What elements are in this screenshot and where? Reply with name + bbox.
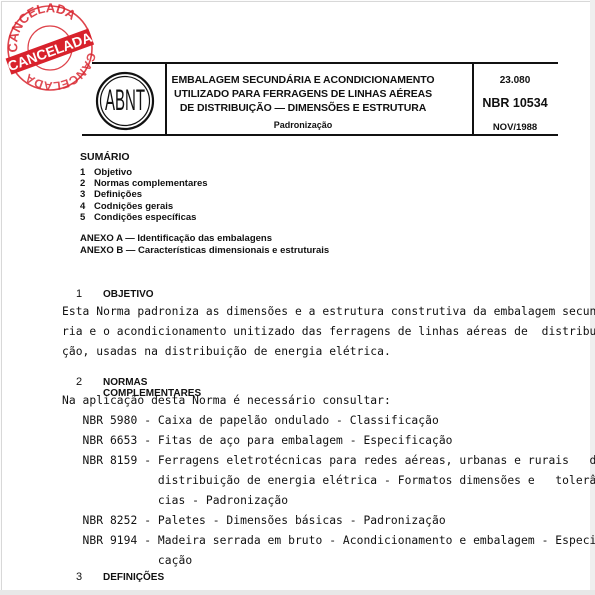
page-bottom-edge bbox=[0, 590, 595, 595]
text-line: ção, usadas na distribuição de energia e… bbox=[62, 342, 595, 362]
classification-code: 23.080 bbox=[474, 75, 556, 86]
text-line: NBR 8252 - Paletes - Dimensões básicas -… bbox=[62, 511, 595, 531]
summary-item: 3Definições bbox=[80, 189, 208, 200]
header-top-rule bbox=[92, 62, 558, 64]
text-line: cação bbox=[62, 551, 595, 571]
document-subtitle: Padronização bbox=[168, 120, 438, 130]
summary-title: SUMÁRIO bbox=[80, 151, 130, 163]
annex-list: ANEXO A — Identificação das embalagens A… bbox=[80, 233, 329, 256]
summary-item: 5Condições específicas bbox=[80, 212, 208, 223]
publication-date: NOV/1988 bbox=[474, 122, 556, 133]
document-title: EMBALAGEM SECUNDÁRIA E ACONDICIONAMENTO … bbox=[168, 73, 438, 115]
text-line: ria e o acondicionamento unitizado das f… bbox=[62, 322, 595, 342]
text-line: NBR 6653 - Fitas de aço para embalagem -… bbox=[62, 431, 595, 451]
text-line: Esta Norma padroniza as dimensões e a es… bbox=[62, 302, 595, 322]
annex-item: ANEXO B — Características dimensionais e… bbox=[80, 245, 329, 257]
summary-list: 1Objetivo 2Normas complementares 3Defini… bbox=[80, 167, 208, 223]
summary-item: 4Codnições gerais bbox=[80, 201, 208, 212]
text-line: NBR 9194 - Madeira serrada em bruto - Ac… bbox=[62, 531, 595, 551]
section-body: Esta Norma padroniza as dimensões e a es… bbox=[62, 302, 595, 362]
text-line: cias - Padronização bbox=[62, 491, 595, 511]
header-bottom-rule bbox=[82, 134, 558, 136]
text-line: NBR 5980 - Caixa de papelão ondulado - C… bbox=[62, 411, 595, 431]
section-intro: Na aplicação desta Norma é necessário co… bbox=[62, 391, 391, 411]
summary-item: 2Normas complementares bbox=[80, 178, 208, 189]
standard-number: NBR 10534 bbox=[474, 96, 556, 110]
annex-item: ANEXO A — Identificação das embalagens bbox=[80, 233, 329, 245]
abnt-logo-icon: ABNT bbox=[94, 70, 156, 132]
summary-item: 1Objetivo bbox=[80, 167, 208, 178]
header-divider-left bbox=[165, 62, 167, 135]
cancelled-stamp-icon: CANCELADA CANCELADA CANCELADA bbox=[4, 2, 96, 94]
reference-list: NBR 5980 - Caixa de papelão ondulado - C… bbox=[62, 411, 595, 571]
text-line: NBR 8159 - Ferragens eletrotécnicas para… bbox=[62, 451, 595, 471]
text-line: distribuição de energia elétrica - Forma… bbox=[62, 471, 595, 491]
svg-text:ABNT: ABNT bbox=[105, 83, 145, 117]
